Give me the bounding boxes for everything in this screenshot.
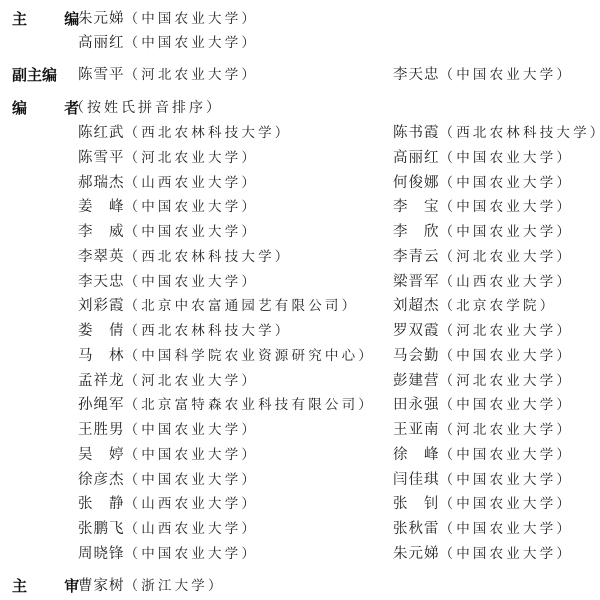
person-affiliation: （中国农业大学） — [125, 224, 259, 240]
editor-entry: 马会勤（中国农业大学） — [393, 347, 573, 365]
person-affiliation: （中国农业大学） — [125, 35, 259, 51]
person-name: 张秋雷 — [393, 521, 440, 537]
person-name: 马 林 — [78, 348, 125, 364]
person-name: 朱元娣 — [78, 11, 125, 27]
person-affiliation: （山西农业大学） — [125, 521, 259, 537]
person-name: 王亚南 — [393, 422, 440, 438]
person-name: 陈红武 — [78, 125, 125, 141]
person-affiliation: （中国农业大学） — [440, 521, 574, 537]
editor-entry: 张 钊（中国农业大学） — [393, 495, 573, 513]
editor-entry: 孟祥龙（河北农业大学） — [78, 372, 258, 390]
reviewer-entry: 曹家树（浙江大学） — [78, 577, 225, 595]
person-affiliation: （西北农林科技大学） — [125, 323, 292, 339]
person-affiliation: （中国农业大学） — [440, 447, 574, 463]
person-name: 彭建营 — [393, 373, 440, 389]
editor-entry: 高丽红（中国农业大学） — [393, 149, 573, 167]
chief-editor-entry: 朱元娣（中国农业大学） — [78, 10, 258, 28]
person-affiliation: （中国农业大学） — [440, 224, 574, 240]
person-name: 李天忠 — [393, 67, 440, 83]
person-name: 曹家树 — [78, 578, 125, 594]
person-affiliation: （浙江大学） — [125, 578, 225, 594]
editor-entry: 朱元娣（中国农业大学） — [393, 545, 573, 563]
editor-entry: 李翠英（西北农林科技大学） — [78, 248, 292, 266]
person-affiliation: （西北农林科技大学） — [440, 125, 600, 141]
person-name: 张 静 — [78, 496, 125, 512]
person-name: 闫佳琪 — [393, 472, 440, 488]
person-affiliation: （山西农业大学） — [125, 496, 259, 512]
person-name: 孙绳军 — [78, 397, 125, 413]
editor-entry: 孙绳军（北京富特森农业科技有限公司） — [78, 396, 375, 414]
person-name: 李 宝 — [393, 199, 440, 215]
editor-entry: 吴 婷（中国农业大学） — [78, 446, 258, 464]
person-affiliation: （中国农业大学） — [440, 67, 574, 83]
person-affiliation: （中国农业大学） — [125, 422, 259, 438]
person-affiliation: （山西农业大学） — [125, 175, 259, 191]
editor-entry: 张秋雷（中国农业大学） — [393, 520, 573, 538]
editor-entry: 罗双霞（河北农业大学） — [393, 322, 573, 340]
person-affiliation: （中国农业大学） — [440, 175, 574, 191]
editor-entry: 郝瑞杰（山西农业大学） — [78, 174, 258, 192]
editor-entry: 周晓锋（中国农业大学） — [78, 545, 258, 563]
person-affiliation: （河北农业大学） — [440, 249, 574, 265]
person-affiliation: （中国农业大学） — [440, 150, 574, 166]
editor-entry: 刘彩霞（北京中农富通园艺有限公司） — [78, 297, 358, 315]
person-affiliation: （中国农业大学） — [125, 274, 259, 290]
person-name: 王胜男 — [78, 422, 125, 438]
person-name: 吴 婷 — [78, 447, 125, 463]
person-affiliation: （西北农林科技大学） — [125, 249, 292, 265]
editor-entry: 张鹏飞（山西农业大学） — [78, 520, 258, 538]
person-name: 李青云 — [393, 249, 440, 265]
deputy-editor-entry: 陈雪平（河北农业大学） — [78, 66, 258, 84]
editor-entry: 张 静（山西农业大学） — [78, 495, 258, 513]
editor-entry: 徐彦杰（中国农业大学） — [78, 471, 258, 489]
editor-entry: 王胜男（中国农业大学） — [78, 421, 258, 439]
person-name: 郝瑞杰 — [78, 175, 125, 191]
deputy-editor-entry: 李天忠（中国农业大学） — [393, 66, 573, 84]
editor-entry: 田永强（中国农业大学） — [393, 396, 573, 414]
person-affiliation: （中国农业大学） — [125, 11, 259, 27]
person-affiliation: （中国农业大学） — [125, 447, 259, 463]
person-affiliation: （北京富特森农业科技有限公司） — [125, 397, 376, 413]
editor-entry: 李天忠（中国农业大学） — [78, 273, 258, 291]
person-name: 徐 峰 — [393, 447, 440, 463]
person-name: 高丽红 — [78, 35, 125, 51]
person-name: 张鹏飞 — [78, 521, 125, 537]
person-affiliation: （中国科学院农业资源研究中心） — [125, 348, 376, 364]
person-affiliation: （河北农业大学） — [125, 373, 259, 389]
person-affiliation: （河北农业大学） — [125, 150, 259, 166]
person-name: 周晓锋 — [78, 546, 125, 562]
editor-entry: 彭建营（河北农业大学） — [393, 372, 573, 390]
person-name: 李 威 — [78, 224, 125, 240]
editor-entry: 李 欣（中国农业大学） — [393, 223, 573, 241]
person-name: 梁晋军 — [393, 274, 440, 290]
person-name: 何俊娜 — [393, 175, 440, 191]
person-affiliation: （中国农业大学） — [440, 546, 574, 562]
person-name: 陈书霞 — [393, 125, 440, 141]
person-affiliation: （中国农业大学） — [125, 546, 259, 562]
editor-entry: 梁晋军（山西农业大学） — [393, 273, 573, 291]
person-name: 马会勤 — [393, 348, 440, 364]
editor-entry: 刘超杰（北京农学院） — [393, 297, 556, 315]
person-name: 高丽红 — [393, 150, 440, 166]
person-name: 李 欣 — [393, 224, 440, 240]
editor-entry: 陈红武（西北农林科技大学） — [78, 124, 292, 142]
editor-entry: 姜 峰（中国农业大学） — [78, 198, 258, 216]
person-affiliation: （河北农业大学） — [440, 422, 574, 438]
person-name: 李天忠 — [78, 274, 125, 290]
editor-entry: 马 林（中国科学院农业资源研究中心） — [78, 347, 375, 365]
person-affiliation: （中国农业大学） — [440, 472, 574, 488]
editor-entry: 李青云（河北农业大学） — [393, 248, 573, 266]
role-deputy-chief-editor: 副主编 — [12, 66, 57, 84]
person-affiliation: （西北农林科技大学） — [125, 125, 292, 141]
person-affiliation: （中国农业大学） — [125, 199, 259, 215]
person-name: 徐彦杰 — [78, 472, 125, 488]
person-affiliation: （中国农业大学） — [440, 397, 574, 413]
person-name: 张 钊 — [393, 496, 440, 512]
editors-sort-note: （按姓氏拼音排序） — [70, 99, 223, 117]
editor-entry: 王亚南（河北农业大学） — [393, 421, 573, 439]
sort-note: （按姓氏拼音排序） — [70, 100, 223, 116]
editor-entry: 陈雪平（河北农业大学） — [78, 149, 258, 167]
person-affiliation: （中国农业大学） — [440, 199, 574, 215]
editor-entry: 娄 倩（西北农林科技大学） — [78, 322, 292, 340]
editor-entry: 李 宝（中国农业大学） — [393, 198, 573, 216]
person-name: 朱元娣 — [393, 546, 440, 562]
person-affiliation: （北京中农富通园艺有限公司） — [125, 298, 359, 314]
person-affiliation: （中国农业大学） — [440, 348, 574, 364]
chief-editor-entry: 高丽红（中国农业大学） — [78, 34, 258, 52]
person-name: 罗双霞 — [393, 323, 440, 339]
person-name: 刘超杰 — [393, 298, 440, 314]
person-affiliation: （河北农业大学） — [440, 323, 574, 339]
person-name: 陈雪平 — [78, 150, 125, 166]
person-affiliation: （河北农业大学） — [440, 373, 574, 389]
person-affiliation: （山西农业大学） — [440, 274, 574, 290]
editor-entry: 何俊娜（中国农业大学） — [393, 174, 573, 192]
editor-entry: 徐 峰（中国农业大学） — [393, 446, 573, 464]
person-name: 陈雪平 — [78, 67, 125, 83]
person-affiliation: （中国农业大学） — [125, 472, 259, 488]
person-name: 孟祥龙 — [78, 373, 125, 389]
editor-entry: 李 威（中国农业大学） — [78, 223, 258, 241]
person-name: 田永强 — [393, 397, 440, 413]
editor-entry: 陈书霞（西北农林科技大学） — [393, 124, 600, 142]
person-name: 刘彩霞 — [78, 298, 125, 314]
person-name: 娄 倩 — [78, 323, 125, 339]
person-affiliation: （中国农业大学） — [440, 496, 574, 512]
editor-entry: 闫佳琪（中国农业大学） — [393, 471, 573, 489]
person-affiliation: （河北农业大学） — [125, 67, 259, 83]
person-affiliation: （北京农学院） — [440, 298, 557, 314]
person-name: 李翠英 — [78, 249, 125, 265]
person-name: 姜 峰 — [78, 199, 125, 215]
